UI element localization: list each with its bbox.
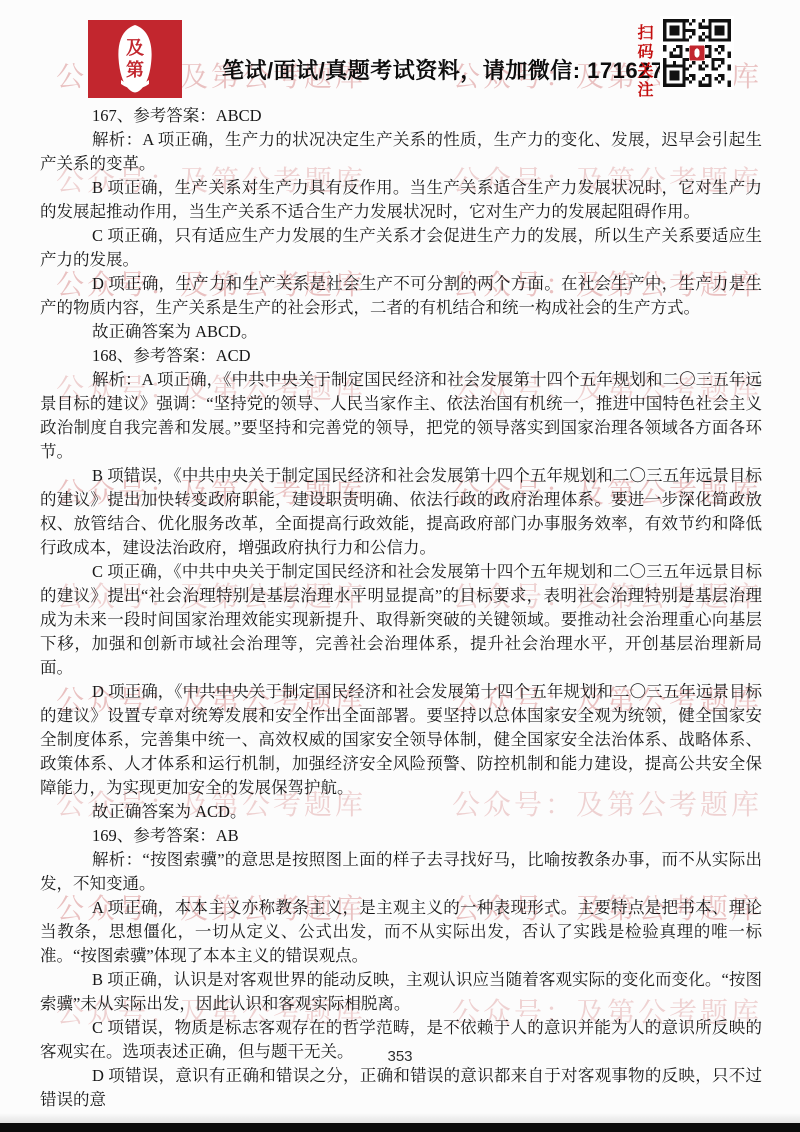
logo-char-bottom: 第 bbox=[126, 59, 144, 80]
answer-paragraph: 解析：A 项正确，《中共中央关于制定国民经济和社会发展第十四个五年规划和二〇三五… bbox=[40, 368, 762, 464]
answer-paragraph: 168、参考答案：ACD bbox=[40, 344, 762, 368]
scan-shadow bbox=[0, 1113, 800, 1123]
answer-paragraph: 169、参考答案：AB bbox=[40, 824, 762, 848]
answer-paragraph: 故正确答案为 ACD。 bbox=[40, 800, 762, 824]
document-page: 公众号：及第公考题库公众号：及第公考题库公众号：及第公考题库公众号：及第公考题库… bbox=[0, 0, 800, 1132]
answer-paragraph: D 项错误，意识有正确和错误之分，正确和错误的意识都来自于对客观事物的反映，只不… bbox=[40, 1064, 762, 1112]
scan-edge-bar bbox=[0, 1123, 800, 1132]
qr-caption: 扫码关注 bbox=[632, 24, 655, 100]
answer-paragraph: 解析：A 项正确，生产力的状况决定生产关系的性质，生产力的变化、发展，迟早会引起… bbox=[40, 128, 762, 176]
page-number: 353 bbox=[0, 1048, 800, 1065]
answer-paragraph: B 项错误，《中共中央关于制定国民经济和社会发展第十四个五年规划和二〇三五年远景… bbox=[40, 464, 762, 560]
answer-paragraph: D 项正确，生产力和生产关系是社会生产不可分割的两个方面。在社会生产中，生产力是… bbox=[40, 272, 762, 320]
answer-paragraph: C 项正确，《中共中央关于制定国民经济和社会发展第十四个五年规划和二〇三五年远景… bbox=[40, 560, 762, 680]
answer-paragraph: 解析：“按图索骥”的意思是按照图上面的样子去寻找好马，比喻按教条办事，而不从实际… bbox=[40, 848, 762, 896]
answer-paragraph: D 项正确，《中共中央关于制定国民经济和社会发展第十四个五年规划和二〇三五年远景… bbox=[40, 680, 762, 800]
answer-content: 167、参考答案：ABCD解析：A 项正确，生产力的状况决定生产关系的性质，生产… bbox=[40, 104, 762, 1112]
logo-char-top: 及 bbox=[126, 38, 144, 58]
answer-paragraph: C 项正确，只有适应生产力发展的生产关系才会促进生产力的发展，所以生产关系要适应… bbox=[40, 224, 762, 272]
qr-code bbox=[660, 16, 734, 90]
answer-paragraph: 故正确答案为 ABCD。 bbox=[40, 320, 762, 344]
page-header: 及 第 笔试/面试/真题考试资料，请加微信: 17162718898 扫码关注 bbox=[0, 0, 800, 104]
answer-paragraph: B 项正确，认识是对客观世界的能动反映，主观认识应当随着客观实际的变化而变化。“… bbox=[40, 968, 762, 1016]
answer-paragraph: A 项正确，本本主义亦称教条主义，是主观主义的一种表现形式。主要特点是把书本、理… bbox=[40, 896, 762, 968]
answer-paragraph: B 项正确，生产关系对生产力具有反作用。当生产关系适合生产力发展状况时，它对生产… bbox=[40, 176, 762, 224]
jidi-logo: 及 第 bbox=[88, 20, 182, 98]
answer-paragraph: 167、参考答案：ABCD bbox=[40, 104, 762, 128]
